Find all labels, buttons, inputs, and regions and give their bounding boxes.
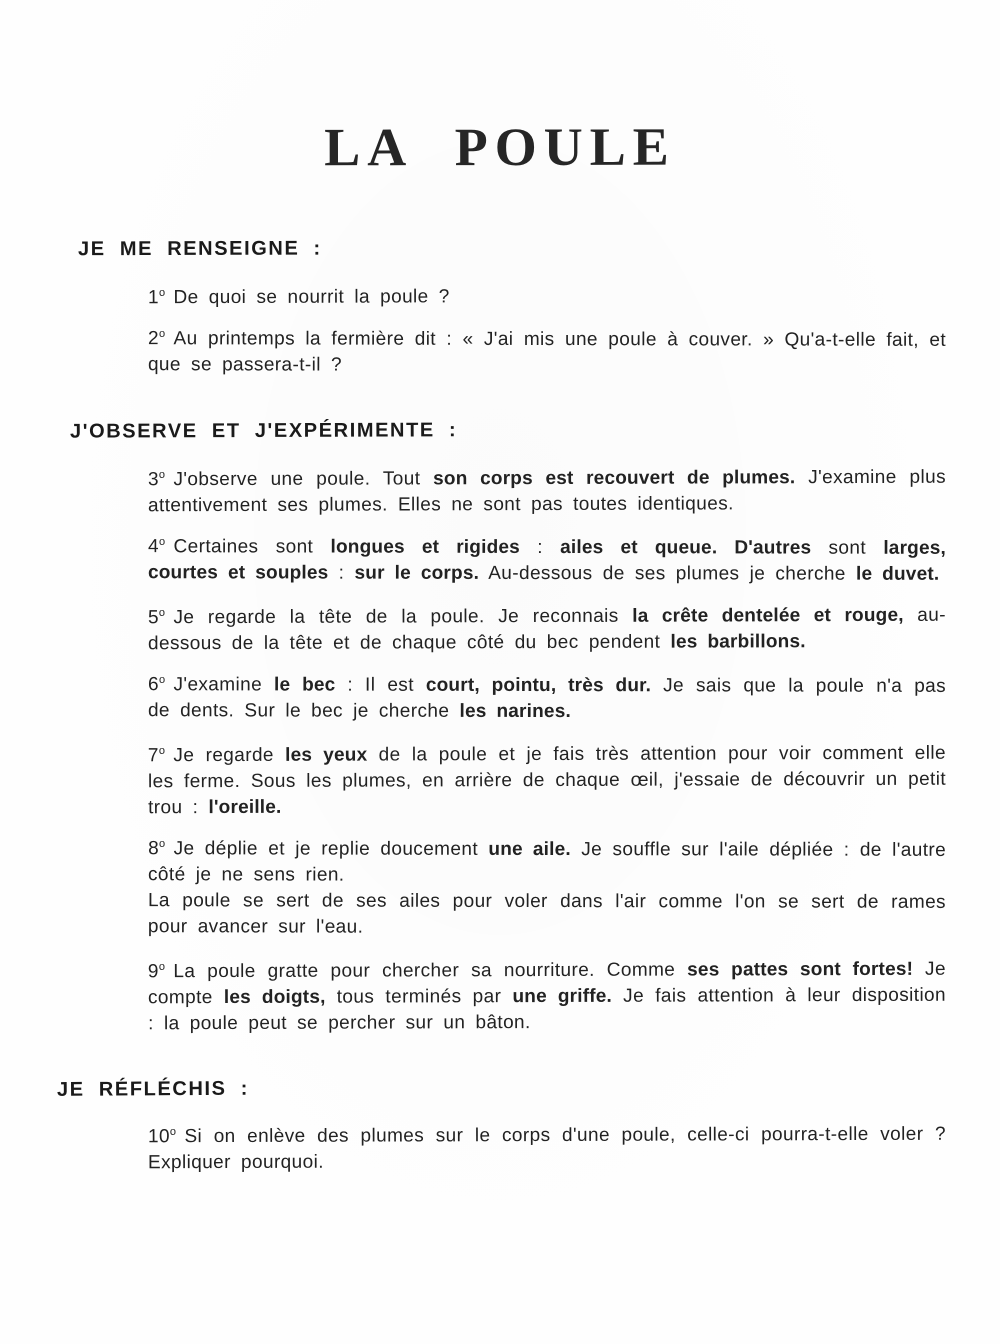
sections-container: JE ME RENSEIGNE :1oDe quoi se nourrit la… xyxy=(0,236,1000,1175)
text-segment: tous terminés par xyxy=(326,986,513,1008)
text-segment: le bec xyxy=(274,674,335,695)
text-segment: court, pointu, très dur. xyxy=(426,675,651,696)
item-number: 6o xyxy=(148,674,174,695)
item-number: 8o xyxy=(148,838,174,859)
text-segment: ses pattes sont fortes! xyxy=(687,959,913,981)
section-heading: JE ME RENSEIGNE : xyxy=(78,235,1000,261)
numbered-item: 5oJe regarde la tête de la poule. Je rec… xyxy=(148,603,946,658)
section: JE ME RENSEIGNE :1oDe quoi se nourrit la… xyxy=(0,236,1000,379)
item-number: 5o xyxy=(148,607,174,628)
item-ordinal: o xyxy=(159,674,166,686)
item-number: 10o xyxy=(148,1126,185,1147)
section: JE RÉFLÉCHIS :10oSi on enlève des plumes… xyxy=(0,1075,1000,1175)
text-segment: une aile. xyxy=(488,839,571,860)
text-segment: : xyxy=(520,537,560,558)
text-segment: J'examine xyxy=(174,674,275,695)
text-segment: le duvet. xyxy=(856,564,939,585)
text-segment: les narines. xyxy=(459,701,571,722)
numbered-item: 7oJe regarde les yeux de la poule et je … xyxy=(148,741,946,822)
text-segment: Je regarde xyxy=(173,745,285,766)
section-heading: J'OBSERVE ET J'EXPÉRIMENTE : xyxy=(70,416,1000,443)
text-segment: son corps est recouvert de plumes. xyxy=(433,467,795,489)
page-title: LA POULE xyxy=(0,115,1000,179)
text-segment: sont xyxy=(811,538,883,559)
text-segment: longues et rigides xyxy=(331,537,520,558)
item-ordinal: o xyxy=(159,287,166,299)
text-segment: l'oreille. xyxy=(208,797,281,818)
item-ordinal: o xyxy=(159,328,166,340)
item-ordinal: o xyxy=(159,745,166,757)
item-number: 4o xyxy=(148,536,174,557)
numbered-item: 4oCertaines sont longues et rigides : ai… xyxy=(148,534,946,588)
numbered-item: 9oLa poule gratte pour chercher sa nourr… xyxy=(148,957,946,1038)
item-number: 9o xyxy=(148,961,174,982)
item-number: 7o xyxy=(148,745,174,766)
item-number: 3o xyxy=(148,469,174,490)
numbered-item: 1oDe quoi se nourrit la poule ? xyxy=(148,283,946,312)
numbered-item: 6oJ'examine le bec : Il est court, point… xyxy=(148,672,946,726)
text-segment: Je déplie et je replie doucement xyxy=(174,838,489,860)
text-segment: : xyxy=(328,563,354,584)
text-segment: La poule gratte pour chercher sa nourrit… xyxy=(173,960,687,983)
numbered-item: 3oJ'observe une poule. Tout son corps es… xyxy=(148,465,946,520)
item-number: 2o xyxy=(148,328,174,349)
text-segment: une griffe. xyxy=(512,986,612,1007)
item-ordinal: o xyxy=(159,536,166,548)
text-segment: : Il est xyxy=(335,675,425,696)
text-segment: J'observe une poule. Tout xyxy=(173,468,433,490)
text-segment: les doigts, xyxy=(224,987,326,1008)
item-ordinal: o xyxy=(159,469,166,481)
text-segment: les yeux xyxy=(285,745,367,766)
text-segment: les barbillons. xyxy=(670,631,805,652)
text-segment: Si on enlève des plumes sur le corps d'u… xyxy=(148,1124,946,1174)
item-ordinal: o xyxy=(170,1126,177,1138)
text-segment: la crête dentelée et rouge, xyxy=(632,605,904,627)
document-page: LA POULE JE ME RENSEIGNE :1oDe quoi se n… xyxy=(0,0,1000,1344)
item-ordinal: o xyxy=(159,838,166,850)
section-heading: JE RÉFLÉCHIS : xyxy=(57,1072,1000,1102)
text-segment: Je regarde la tête de la poule. Je recon… xyxy=(173,606,632,628)
text-segment: Au printemps la fermière dit : « J'ai mi… xyxy=(148,328,946,375)
text-segment: La poule se sert de ses ailes pour voler… xyxy=(148,890,946,937)
item-ordinal: o xyxy=(159,961,166,973)
text-segment: ailes et queue. D'autres xyxy=(560,537,811,559)
text-segment: sur le corps. xyxy=(354,563,479,584)
item-number: 1o xyxy=(148,287,174,308)
text-segment: De quoi se nourrit la poule ? xyxy=(173,286,449,308)
text-segment: Au-dessous de ses plumes je cherche xyxy=(479,563,856,585)
text-segment: Certaines sont xyxy=(174,536,331,557)
numbered-item: 2oAu printemps la fermière dit : « J'ai … xyxy=(148,326,946,380)
section: J'OBSERVE ET J'EXPÉRIMENTE :3oJ'observe … xyxy=(0,418,1000,1036)
numbered-item: 8oJe déplie et je replie doucement une a… xyxy=(148,836,946,942)
numbered-item: 10oSi on enlève des plumes sur le corps … xyxy=(148,1122,946,1177)
item-ordinal: o xyxy=(159,607,166,619)
